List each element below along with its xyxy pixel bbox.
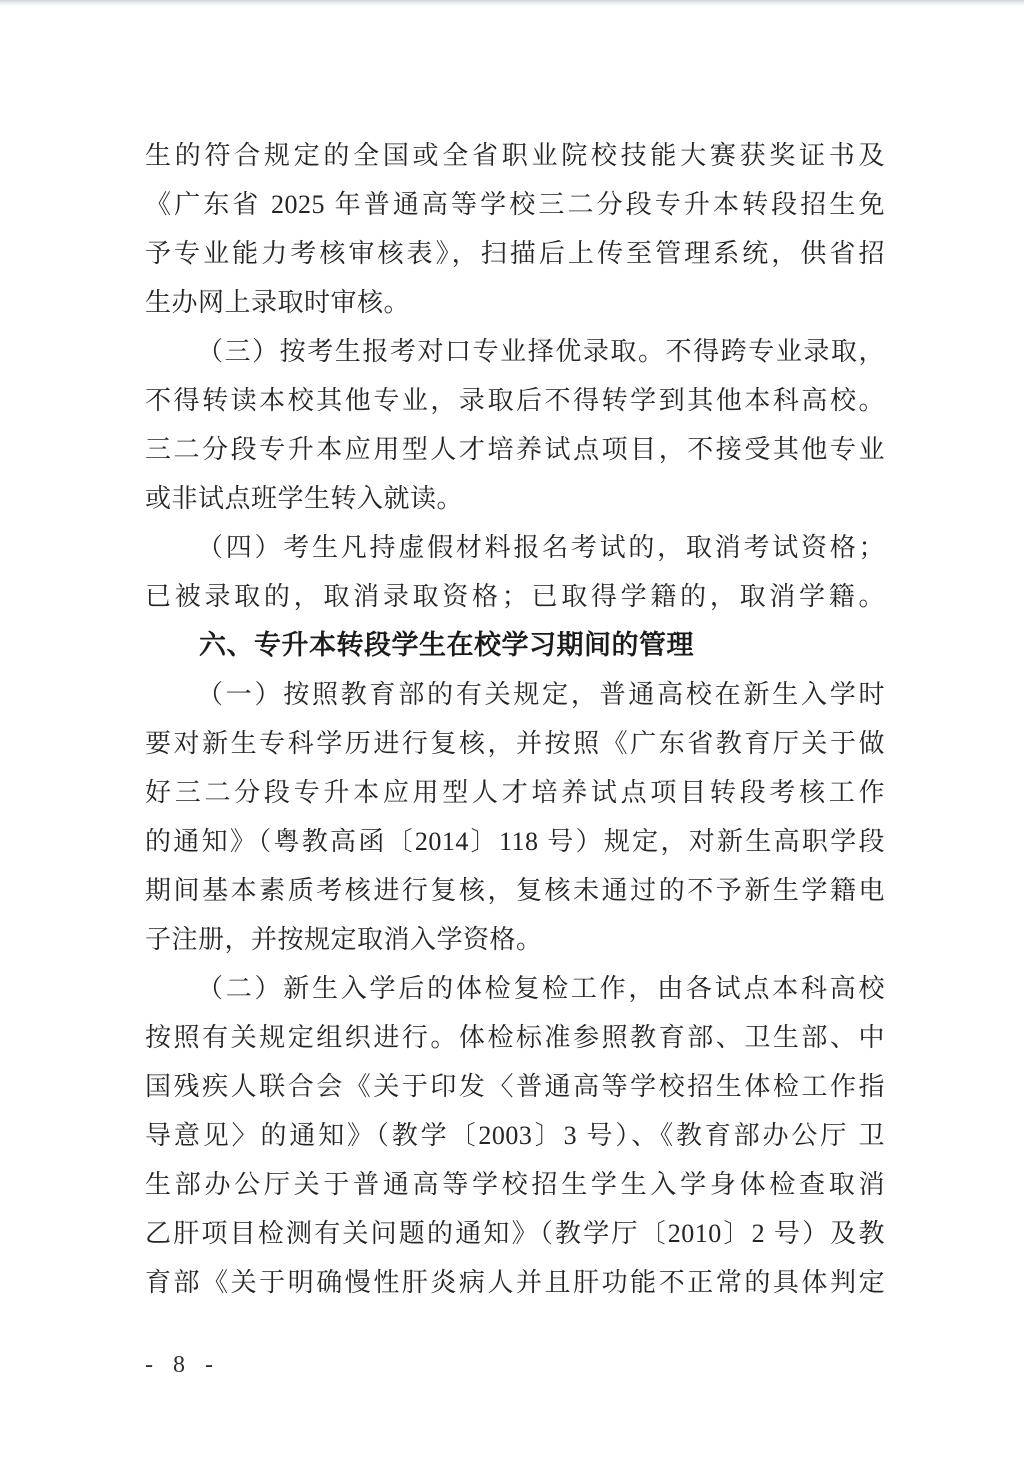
text-line: 不得转读本校其他专业，录取后不得转学到其他本科高校。: [145, 376, 885, 425]
text-line: 生的符合规定的全国或全省职业院校技能大赛获奖证书及: [145, 131, 885, 180]
text-line: 子注册，并按规定取消入学资格。: [145, 915, 885, 964]
text-line: 或非试点班学生转入就读。: [145, 474, 885, 523]
scan-artifact-top-edge: [0, 0, 1024, 6]
document-page: { "doc": { "lines": [ "生的符合规定的全国或全省职业院校技…: [0, 0, 1024, 1457]
text-line: 乙肝项目检测有关问题的通知》（教学厅〔2010〕2 号）及教: [145, 1209, 885, 1258]
text-line: 已被录取的，取消录取资格；已取得学籍的，取消学籍。: [145, 572, 885, 621]
text-line: 期间基本素质考核进行复核，复核未通过的不予新生学籍电: [145, 866, 885, 915]
text-line: 三二分段专升本应用型人才培养试点项目，不接受其他专业: [145, 425, 885, 474]
text-line: （四）考生凡持虚假材料报名考试的，取消考试资格；: [145, 523, 885, 572]
text-line: 予专业能力考核审核表》，扫描后上传至管理系统，供省招: [145, 229, 885, 278]
text-line: 国残疾人联合会《关于印发〈普通高等学校招生体检工作指: [145, 1062, 885, 1111]
text-line: （一）按照教育部的有关规定，普通高校在新生入学时: [145, 670, 885, 719]
document-text-block: 生的符合规定的全国或全省职业院校技能大赛获奖证书及 《广东省 2025 年普通高…: [145, 131, 885, 1307]
text-line: 按照有关规定组织进行。体检标准参照教育部、卫生部、中: [145, 1013, 885, 1062]
page-number: - 8 -: [145, 1348, 220, 1382]
text-line: （三）按考生报考对口专业择优录取。不得跨专业录取，: [145, 327, 885, 376]
text-line: 好三二分段专升本应用型人才培养试点项目转段考核工作: [145, 768, 885, 817]
text-line: 的通知》（粤教高函〔2014〕118 号）规定，对新生高职学段: [145, 817, 885, 866]
text-line: （二）新生入学后的体检复检工作，由各试点本科高校: [145, 964, 885, 1013]
section-heading: 六、专升本转段学生在校学习期间的管理: [145, 621, 885, 670]
text-line: 导意见〉的通知》（教学〔2003〕3 号）、《教育部办公厅 卫: [145, 1111, 885, 1160]
text-line: 育部《关于明确慢性肝炎病人并且肝功能不正常的具体判定: [145, 1258, 885, 1307]
text-line: 生部办公厅关于普通高等学校招生学生入学身体检查取消: [145, 1160, 885, 1209]
text-line: 生办网上录取时审核。: [145, 278, 885, 327]
text-line: 《广东省 2025 年普通高等学校三二分段专升本转段招生免: [145, 180, 885, 229]
text-line: 要对新生专科学历进行复核，并按照《广东省教育厅关于做: [145, 719, 885, 768]
